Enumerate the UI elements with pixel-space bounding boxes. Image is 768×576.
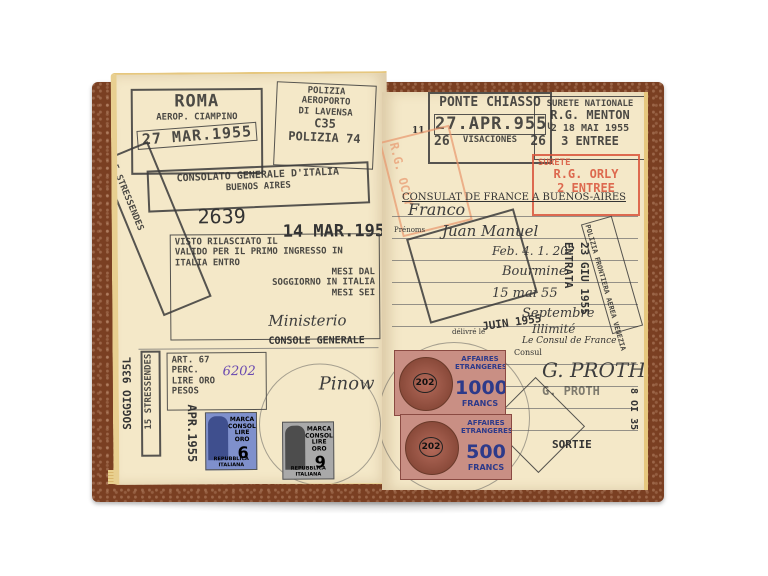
menton-date: 18 MAI 1955 bbox=[563, 123, 629, 134]
revenue-label: MARCA CONSOLARE LIRE ORO bbox=[228, 417, 256, 444]
boxed-vertical-stamp: 15 STRESSENDES bbox=[141, 351, 162, 457]
revenue-label-unit: LIRE ORO bbox=[228, 430, 256, 443]
consul-line: Le Consul de France bbox=[522, 336, 616, 346]
roma-date: 27 MAR.1955 bbox=[136, 122, 257, 150]
polizia-stamp: POLIZIA AEROPORTO DI LAVENSA C35 POLIZIA… bbox=[273, 81, 377, 169]
entrata-text: ENTRATA bbox=[562, 242, 575, 288]
delivered-label: délivré le bbox=[452, 328, 485, 336]
revenue-label: MARCA CONSOLARE LIRE ORO bbox=[305, 426, 333, 453]
revenue-label-unit: LIRE ORO bbox=[305, 440, 333, 453]
consolato-italia-stamp: CONSOLATO GENERALE D'ITALIA BUENOS AIRES bbox=[147, 161, 371, 212]
signature-ministerio: Ministerio bbox=[268, 311, 346, 330]
stamp-amount: 1000 bbox=[455, 377, 505, 399]
revenue-footer: REPUBBLICA ITALIANA bbox=[283, 465, 333, 477]
vertical-date: APR.1955 bbox=[185, 404, 199, 462]
console-generale-label: CONSOLE GENERALE bbox=[268, 335, 364, 347]
french-revenue-stamp-500: 202 AFFAIRES ETRANGERES 500 FRANCS bbox=[400, 414, 512, 480]
vertical-stamp-right: 8 OI 35 bbox=[628, 388, 639, 430]
medallion-number: 202 bbox=[413, 373, 437, 393]
menton-num: 2 bbox=[551, 123, 557, 134]
revenue-stamp-9: MARCA CONSOLARE LIRE ORO 9 REPUBBLICA IT… bbox=[282, 421, 334, 479]
portrait-icon bbox=[208, 416, 228, 460]
stamp-currency: FRANCS bbox=[461, 463, 511, 472]
orly-stamp: SURETE R.G. ORLY 2 ENTREE bbox=[532, 154, 640, 216]
consul-signature-right: G. PROTH bbox=[542, 358, 646, 382]
ponte-chiasso-date: 27.APR.955 bbox=[435, 114, 547, 134]
fee-line4: PESOS bbox=[172, 386, 262, 397]
visaciones-label: VISACIONES bbox=[463, 135, 517, 150]
revenue-footer: REPUBBLICA ITALIANA bbox=[206, 456, 256, 468]
menton-stamp: SURETE NATIONALE R.G. MENTON 2 18 MAI 19… bbox=[534, 96, 646, 160]
fee-block-stamp: ART. 67 PERC. LIRE ORO PESOS bbox=[167, 352, 267, 411]
roma-subtitle: AEROP. CIAMPINO bbox=[137, 111, 257, 122]
consul-title: Consul bbox=[514, 348, 542, 357]
french-revenue-stamp-1000: 202 AFFAIRES ETRANGERES 1000 FRANCS bbox=[394, 350, 506, 416]
diagonal-stamp-text: 15 STRESSENDES bbox=[111, 158, 146, 232]
vertical-stamp-left: SOGGIO 935L bbox=[121, 357, 135, 430]
boxed-vertical-text: 15 STRESSENDES bbox=[144, 354, 155, 430]
menton-line2: R.G. MENTON bbox=[539, 109, 641, 123]
stamp-currency: FRANCS bbox=[455, 399, 505, 408]
left-page: ROMA AEROP. CIAMPINO 27 MAR.1955 POLIZIA… bbox=[111, 71, 390, 485]
portrait-icon bbox=[285, 426, 305, 470]
medallion-number: 202 bbox=[419, 437, 443, 457]
ponte-chiasso-title: PONTE CHIASSO bbox=[434, 96, 546, 111]
polizia-ref: POLIZIA 74 bbox=[279, 129, 370, 147]
visa-line6: MESI SEI bbox=[175, 288, 375, 300]
revenue-stamp-6: MARCA CONSOLARE LIRE ORO 6 REPUBBLICA IT… bbox=[205, 412, 257, 470]
purple-handwriting: 6202 bbox=[223, 364, 256, 379]
stamp-amount: 500 bbox=[461, 441, 511, 463]
rule-line bbox=[138, 347, 378, 350]
right-page: 11 PONTE CHIASSO 27.APR.955U 26 VISACION… bbox=[382, 92, 648, 490]
roma-title: ROMA bbox=[137, 92, 257, 112]
handwritten-surname: Franco bbox=[408, 200, 465, 219]
sortie-stamp: SORTIE bbox=[552, 438, 592, 451]
affaires-label: AFFAIRES ETRANGERES bbox=[461, 420, 511, 435]
vertical-date-right: 23 GIU 1955 bbox=[578, 242, 591, 315]
affaires-label: AFFAIRES ETRANGERES bbox=[455, 356, 505, 371]
menton-entry: 3 ENTREE bbox=[539, 135, 641, 149]
visa-number: 2639 bbox=[197, 204, 245, 228]
prenom-label: Prénoms bbox=[394, 226, 425, 234]
menton-date-row: 2 18 MAI 1955 bbox=[539, 123, 641, 135]
orly-line2: R.G. ORLY bbox=[538, 168, 634, 182]
